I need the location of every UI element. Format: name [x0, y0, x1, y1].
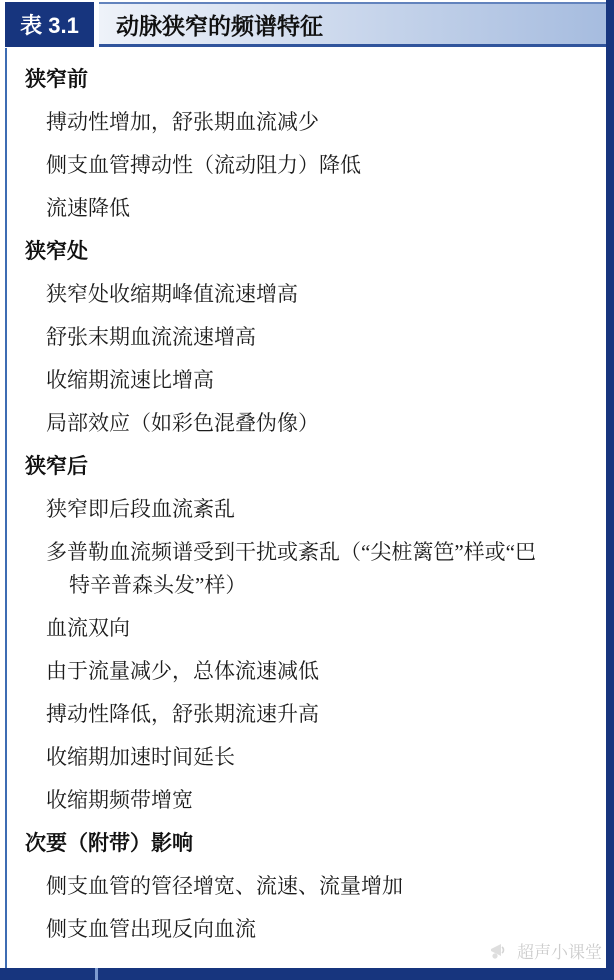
table-row: 狭窄处收缩期峰值流速增高 — [8, 273, 605, 316]
document-page: 表 3.1 动脉狭窄的频谱特征 狭窄前 搏动性增加，舒张期血流减少 侧支血管搏动… — [0, 0, 614, 980]
table-row: 收缩期流速比增高 — [8, 359, 605, 402]
table-bottom-border — [0, 968, 614, 980]
table-row: 侧支血管的管径增宽、流速、流量增加 — [8, 865, 605, 908]
table-row: 收缩期加速时间延长 — [8, 736, 605, 779]
table-row: 局部效应（如彩色混叠伪像） — [8, 402, 605, 445]
table-row: 收缩期频带增宽 — [8, 779, 605, 822]
bottom-border-divider — [95, 968, 98, 980]
table-row: 血流双向 — [8, 607, 605, 650]
table-row: 搏动性降低，舒张期流速升高 — [8, 693, 605, 736]
watermark: 超声小课堂 — [488, 938, 602, 963]
table-row: 狭窄即后段血流紊乱 — [8, 488, 605, 531]
table-title: 动脉狭窄的频谱特征 — [99, 2, 606, 47]
table-row: 搏动性增加，舒张期血流减少 — [8, 101, 605, 144]
table-row: 流速降低 — [8, 187, 605, 230]
watermark-text: 超声小课堂 — [517, 938, 602, 963]
table-row: 舒张末期血流流速增高 — [8, 316, 605, 359]
table-row: 侧支血管搏动性（流动阻力）降低 — [8, 144, 605, 187]
table-number-label: 表 3.1 — [5, 2, 94, 47]
megaphone-icon — [488, 941, 512, 961]
table-row: 由于流量减少，总体流速减低 — [8, 650, 605, 693]
table-row: 多普勒血流频谱受到干扰或紊乱（“尖桩篱笆”样或“巴特辛普森头发”样） — [8, 531, 548, 607]
table-left-rule — [5, 48, 7, 968]
section-header-prestenosis: 狭窄前 — [8, 58, 605, 101]
table-body: 狭窄前 搏动性增加，舒张期血流减少 侧支血管搏动性（流动阻力）降低 流速降低 狭… — [8, 48, 605, 951]
section-header-secondary-effects: 次要（附带）影响 — [8, 822, 605, 865]
section-header-poststenosis: 狭窄后 — [8, 445, 605, 488]
table-right-border — [606, 0, 614, 980]
section-header-at-stenosis: 狭窄处 — [8, 230, 605, 273]
